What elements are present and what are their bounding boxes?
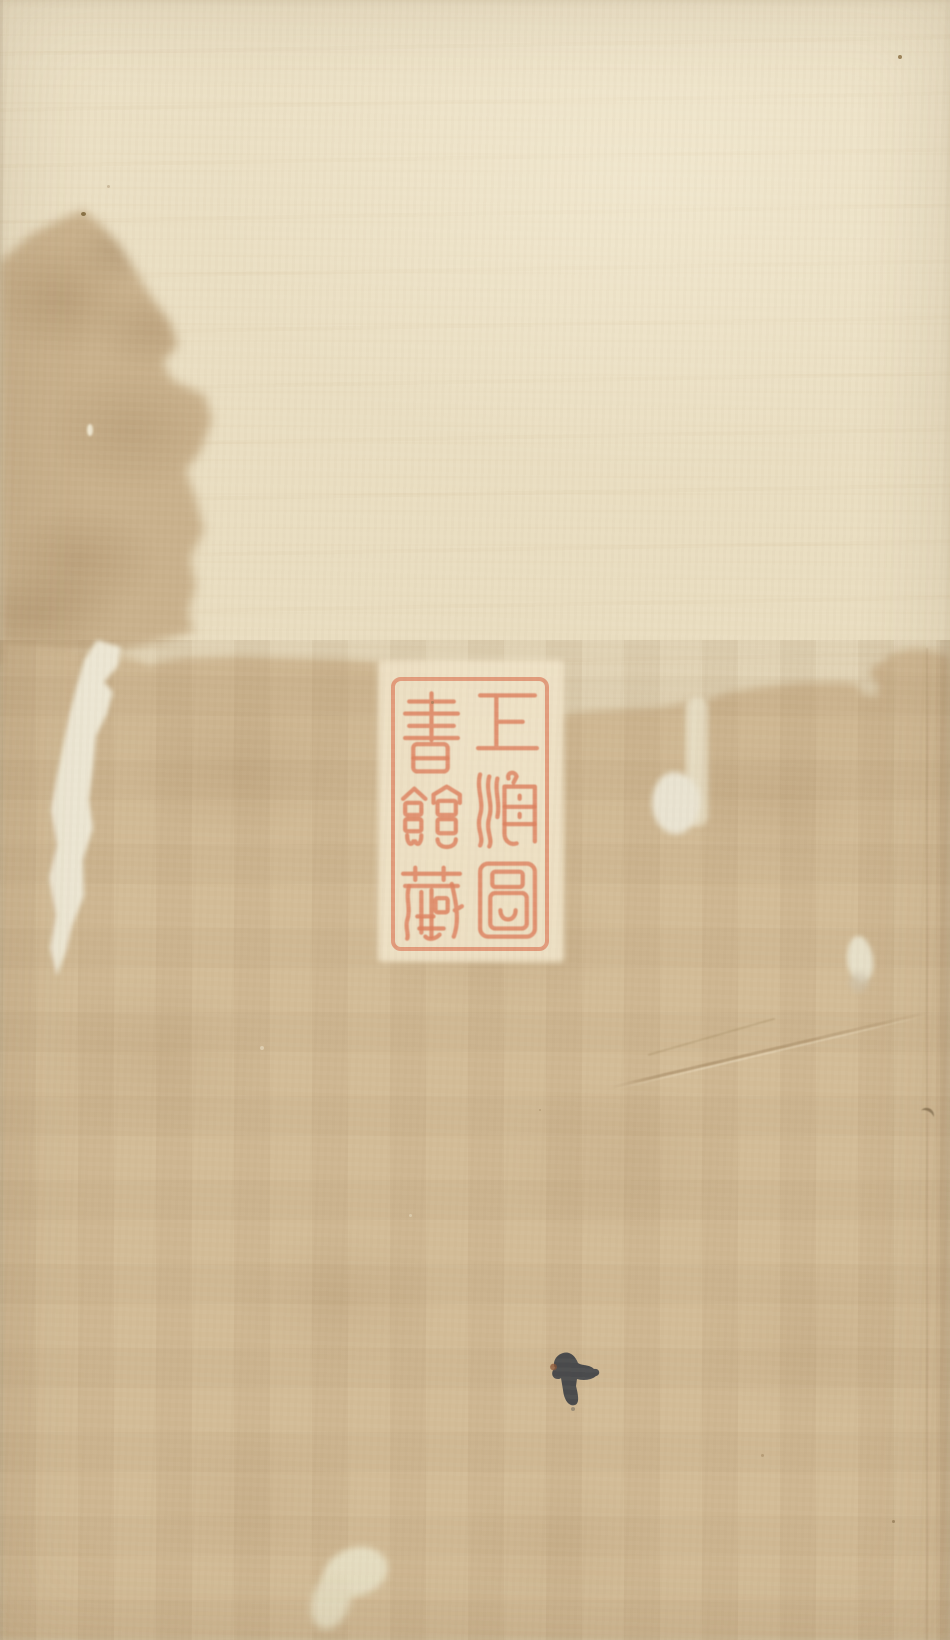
right-edge-shading [940,640,950,1640]
light-speck [409,1214,412,1217]
light-speck [260,1046,264,1050]
library-seal: 上海圖書館藏 [391,677,549,951]
fold-line-right [926,648,928,1640]
ink-blot [548,1348,606,1412]
light-speck [87,424,93,436]
speck [81,212,86,216]
speck [431,701,434,704]
speck [761,1454,764,1457]
speck [892,1520,895,1523]
pale-spot-right-shadow [849,972,869,992]
scanned-page: 上海圖書館藏 [0,0,950,1640]
speck [898,55,902,59]
left-edge-shading [0,0,3,1640]
seal-glyphs [395,681,545,947]
speck [107,185,110,188]
speck [539,1109,541,1111]
